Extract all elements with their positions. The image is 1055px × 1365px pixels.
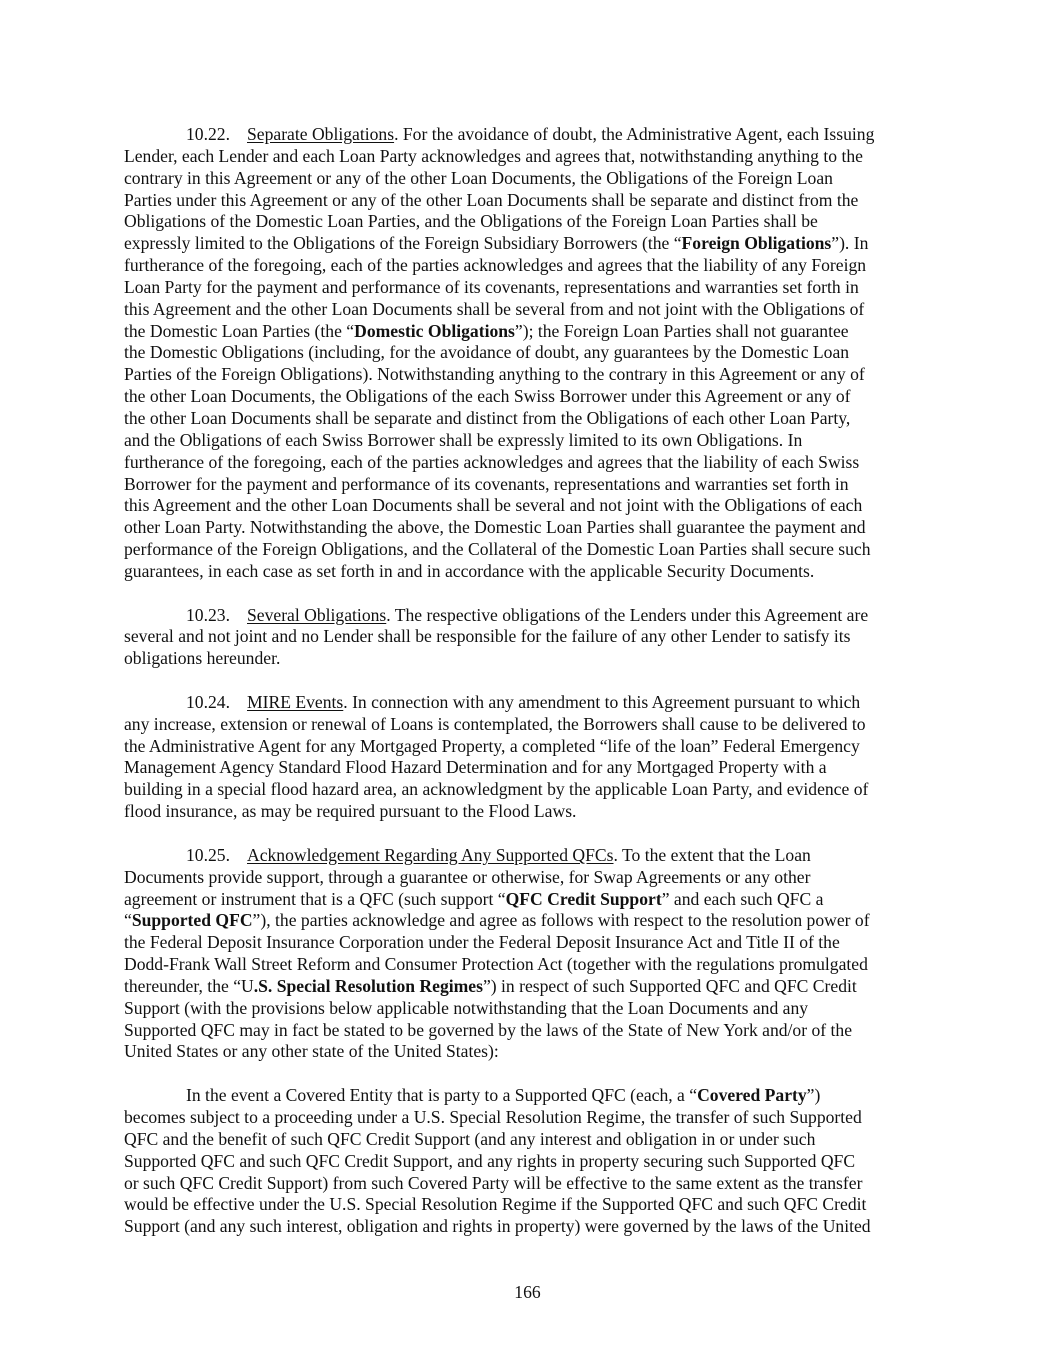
- text-line: furtherance of the foregoing, each of th…: [124, 255, 932, 277]
- text-line: 10.25.Acknowledgement Regarding Any Supp…: [124, 845, 932, 867]
- section-10-25: 10.25.Acknowledgement Regarding Any Supp…: [124, 845, 932, 1063]
- text-line: In the event a Covered Entity that is pa…: [124, 1085, 932, 1107]
- text-line: 10.23.Several Obligations. The respectiv…: [124, 605, 932, 627]
- text-line: Support (with the provisions below appli…: [124, 998, 932, 1020]
- text-line: building in a special flood hazard area,…: [124, 779, 932, 801]
- text-line: “Supported QFC”), the parties acknowledg…: [124, 910, 932, 932]
- text-line: guarantees, in each case as set forth in…: [124, 561, 932, 583]
- text-line: contrary in this Agreement or any of the…: [124, 168, 932, 190]
- text-line: the Domestic Obligations (including, for…: [124, 342, 932, 364]
- document-page: 10.22.Separate Obligations. For the avoi…: [124, 124, 932, 1260]
- text-line: other Loan Party. Notwithstanding the ab…: [124, 517, 932, 539]
- text-line: 10.24.MIRE Events. In connection with an…: [124, 692, 932, 714]
- text-line: Parties under this Agreement or any of t…: [124, 190, 932, 212]
- section-number: 10.23.: [186, 605, 247, 627]
- text-line: the Administrative Agent for any Mortgag…: [124, 736, 932, 758]
- text-line: thereunder, the “U.S. Special Resolution…: [124, 976, 932, 998]
- text-line: the other Loan Documents, the Obligation…: [124, 386, 932, 408]
- defined-term: Covered Party: [697, 1085, 807, 1105]
- text-line: several and not joint and no Lender shal…: [124, 626, 932, 648]
- text-line: QFC and the benefit of such QFC Credit S…: [124, 1129, 932, 1151]
- section-10-24: 10.24.MIRE Events. In connection with an…: [124, 692, 932, 823]
- section-heading: Several Obligations: [247, 605, 386, 625]
- paragraph: In the event a Covered Entity that is pa…: [124, 1085, 932, 1238]
- text-line: performance of the Foreign Obligations, …: [124, 539, 932, 561]
- defined-term: .S. Special Resolution Regimes: [254, 976, 483, 996]
- section-number: 10.25.: [186, 845, 247, 867]
- defined-term: Foreign Obligations: [682, 233, 832, 253]
- section-heading: Acknowledgement Regarding Any Supported …: [247, 845, 614, 865]
- text-line: Management Agency Standard Flood Hazard …: [124, 757, 932, 779]
- text-line: and the Obligations of each Swiss Borrow…: [124, 430, 932, 452]
- text-line: Loan Party for the payment and performan…: [124, 277, 932, 299]
- text-line: Supported QFC may in fact be stated to b…: [124, 1020, 932, 1042]
- section-heading: MIRE Events: [247, 692, 343, 712]
- text-line: flood insurance, as may be required purs…: [124, 801, 932, 823]
- defined-term: QFC Credit Support: [506, 889, 662, 909]
- text-line: obligations hereunder.: [124, 648, 932, 670]
- page-number: 166: [0, 1282, 1055, 1303]
- text-line: Parties of the Foreign Obligations). Not…: [124, 364, 932, 386]
- text-line: Supported QFC and such QFC Credit Suppor…: [124, 1151, 932, 1173]
- section-number: 10.24.: [186, 692, 247, 714]
- text-line: the Domestic Loan Parties (the “Domestic…: [124, 321, 932, 343]
- text-line: Dodd-Frank Wall Street Reform and Consum…: [124, 954, 932, 976]
- text-line: Lender, each Lender and each Loan Party …: [124, 146, 932, 168]
- text-line: agreement or instrument that is a QFC (s…: [124, 889, 932, 911]
- text-line: expressly limited to the Obligations of …: [124, 233, 932, 255]
- text-line: Support (and any such interest, obligati…: [124, 1216, 932, 1238]
- section-10-23: 10.23.Several Obligations. The respectiv…: [124, 605, 932, 671]
- defined-term: Supported QFC: [132, 910, 253, 930]
- text-line: furtherance of the foregoing, each of th…: [124, 452, 932, 474]
- text-line: this Agreement and the other Loan Docume…: [124, 299, 932, 321]
- text-line: 10.22.Separate Obligations. For the avoi…: [124, 124, 932, 146]
- text-line: Documents provide support, through a gua…: [124, 867, 932, 889]
- text-line: United States or any other state of the …: [124, 1041, 932, 1063]
- section-number: 10.22.: [186, 124, 247, 146]
- text-line: would be effective under the U.S. Specia…: [124, 1194, 932, 1216]
- text-line: this Agreement and the other Loan Docume…: [124, 495, 932, 517]
- defined-term: Domestic Obligations: [354, 321, 515, 341]
- text-line: the other Loan Documents shall be separa…: [124, 408, 932, 430]
- text-line: any increase, extension or renewal of Lo…: [124, 714, 932, 736]
- text-line: or such QFC Credit Support) from such Co…: [124, 1173, 932, 1195]
- section-10-22: 10.22.Separate Obligations. For the avoi…: [124, 124, 932, 583]
- section-heading: Separate Obligations: [247, 124, 394, 144]
- text-line: the Federal Deposit Insurance Corporatio…: [124, 932, 932, 954]
- text-line: becomes subject to a proceeding under a …: [124, 1107, 932, 1129]
- text-line: Borrower for the payment and performance…: [124, 474, 932, 496]
- text-line: Obligations of the Domestic Loan Parties…: [124, 211, 932, 233]
